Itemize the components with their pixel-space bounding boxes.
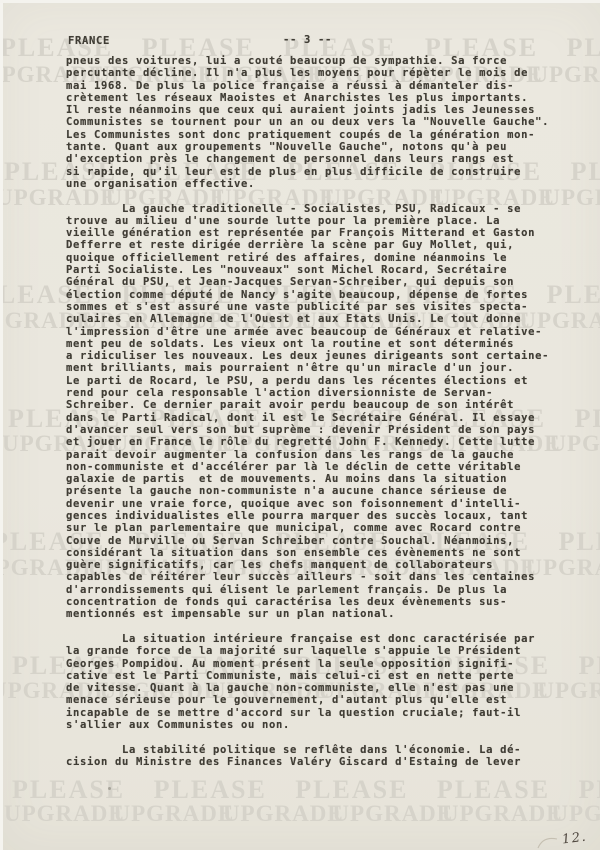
- text-line: Couve de Murville ou Servan Schreiber co…: [66, 535, 549, 547]
- text-line: La stabilité politique se reflête dans l…: [66, 744, 549, 756]
- text-line: une organisation effective.: [66, 178, 549, 190]
- text-line: Général du PSU, et Jean-Jacques Servan-S…: [66, 276, 549, 288]
- text-line: dans le Parti Radical, dont il est le Se…: [66, 412, 549, 424]
- text-line: s'allier aux Communistes ou non.: [66, 719, 549, 731]
- text-line: cative est le Parti Communiste, mais cel…: [66, 670, 549, 682]
- text-line: guère significatifs, car les chefs manqu…: [66, 559, 549, 571]
- scanned-document-page: PLEASE PLEASE PLEASE PLEASE PLEASEUPGRAD…: [0, 0, 600, 850]
- text-line: cision du Ministre des Finances Valéry G…: [66, 756, 549, 768]
- page-edge-top: [0, 0, 600, 3]
- text-line: ment peu de soldats. Les vieux ont la ro…: [66, 338, 549, 350]
- country-heading: FRANCE: [68, 35, 110, 47]
- text-line: sur le plan parlementaire que municipal,…: [66, 522, 549, 534]
- text-line: galaxie de partis et de mouvements. Au m…: [66, 473, 549, 485]
- text-line: vieille génération est représentée par F…: [66, 227, 549, 239]
- text-line: non-communiste et d'accélérer par là le …: [66, 461, 549, 473]
- text-line: trouve au milieu d'une sourde lutte pour…: [66, 215, 549, 227]
- text-line: mentionnés est impensable sur un plan na…: [66, 608, 549, 620]
- text-line: crètement les réseaux Maoistes et Anarch…: [66, 92, 549, 104]
- paragraph: La situation intérieure française est do…: [66, 633, 549, 731]
- text-line: considérant la situation dans son ensemb…: [66, 547, 549, 559]
- watermark-upgrade-row: UPGRADE UPGRADE UPGRADE UPGRADE UPGRADE …: [4, 802, 600, 825]
- paragraph: La stabilité politique se reflête dans l…: [66, 744, 549, 769]
- text-line: quoique officiellement retiré des affair…: [66, 252, 549, 264]
- text-line: incapable de se mettre d'accord sur la q…: [66, 707, 549, 719]
- text-line: Il reste néanmoins que ceux qui auraient…: [66, 104, 549, 116]
- handwritten-page-number: 12.: [561, 830, 588, 848]
- text-line: d'avancer seul vers son but suprème : de…: [66, 424, 549, 436]
- text-line: la grande force de la majorité sur laque…: [66, 645, 549, 657]
- text-line: rend pour cela responsable l'action dive…: [66, 387, 549, 399]
- page-edge-left: [0, 0, 3, 850]
- text-line: Parti Socialiste. Les "nouveaux" sont Mi…: [66, 264, 549, 276]
- text-line: Defferre et reste dirigée derrière la sc…: [66, 239, 549, 251]
- ink-speck: [108, 787, 111, 790]
- text-line: Georges Pompidou. Au moment présent la s…: [66, 658, 549, 670]
- text-line: Schreiber. Ce dernier parait avoir perdu…: [66, 399, 549, 411]
- text-line: La gauche traditionelle - Socialistes, P…: [66, 203, 549, 215]
- text-line: menace sérieuse pour le gouvernement, d'…: [66, 694, 549, 706]
- page-number-heading: -- 3 --: [283, 34, 332, 46]
- text-line: ment brilliants, mais pourraient n'être …: [66, 362, 549, 374]
- text-line: percutante décline. Il n'a plus les moye…: [66, 67, 549, 79]
- text-line: d'arrondissements qui élisent le parleme…: [66, 584, 549, 596]
- text-line: présente la gauche non-communiste n'a au…: [66, 485, 549, 497]
- text-line: Communistes se tournent pour un an ou de…: [66, 116, 549, 128]
- text-line: tante. Quant aux groupements "Nouvelle G…: [66, 141, 549, 153]
- text-line: La situation intérieure française est do…: [66, 633, 549, 645]
- text-line: pneus des voitures, lui a couté beaucoup…: [66, 55, 549, 67]
- text-line: mai 1968. De plus la police française a …: [66, 80, 549, 92]
- text-line: Le parti de Rocard, le PSU, a perdu dans…: [66, 375, 549, 387]
- text-line: a ridiculiser les nouveaux. Les deux jeu…: [66, 350, 549, 362]
- paragraph: La gauche traditionelle - Socialistes, P…: [66, 203, 549, 621]
- text-line: sommes et s'est assuré une vaste publici…: [66, 301, 549, 313]
- text-line: et jouer en France le rôle du regretté J…: [66, 436, 549, 448]
- text-line: gences individualistes elle pourra marqu…: [66, 510, 549, 522]
- text-line: l'impression d'être une armée avec beauc…: [66, 326, 549, 338]
- pen-stroke-mark: [536, 833, 560, 850]
- paragraph: pneus des voitures, lui a couté beaucoup…: [66, 55, 549, 190]
- text-line: d'exception près le changement de person…: [66, 153, 549, 165]
- text-line: devenir une vraie force, quoique avec so…: [66, 498, 549, 510]
- text-line: concentration de fonds qui caractérisa l…: [66, 596, 549, 608]
- text-line: culaires en Allemagne de l'Ouest et aux …: [66, 313, 549, 325]
- text-line: capables de réitérer leur succès ailleur…: [66, 571, 549, 583]
- text-line: Les Communistes sont donc pratiquement c…: [66, 129, 549, 141]
- document-body: pneus des voitures, lui a couté beaucoup…: [66, 55, 549, 781]
- text-line: si rapide, qu'il leur est de plus en plu…: [66, 166, 549, 178]
- text-line: de vitesse. Quant à la gauche non-commun…: [66, 682, 549, 694]
- text-line: élection comme député de Nancy s'agite b…: [66, 289, 549, 301]
- text-line: parait devoir augmenter la confusion dan…: [66, 449, 549, 461]
